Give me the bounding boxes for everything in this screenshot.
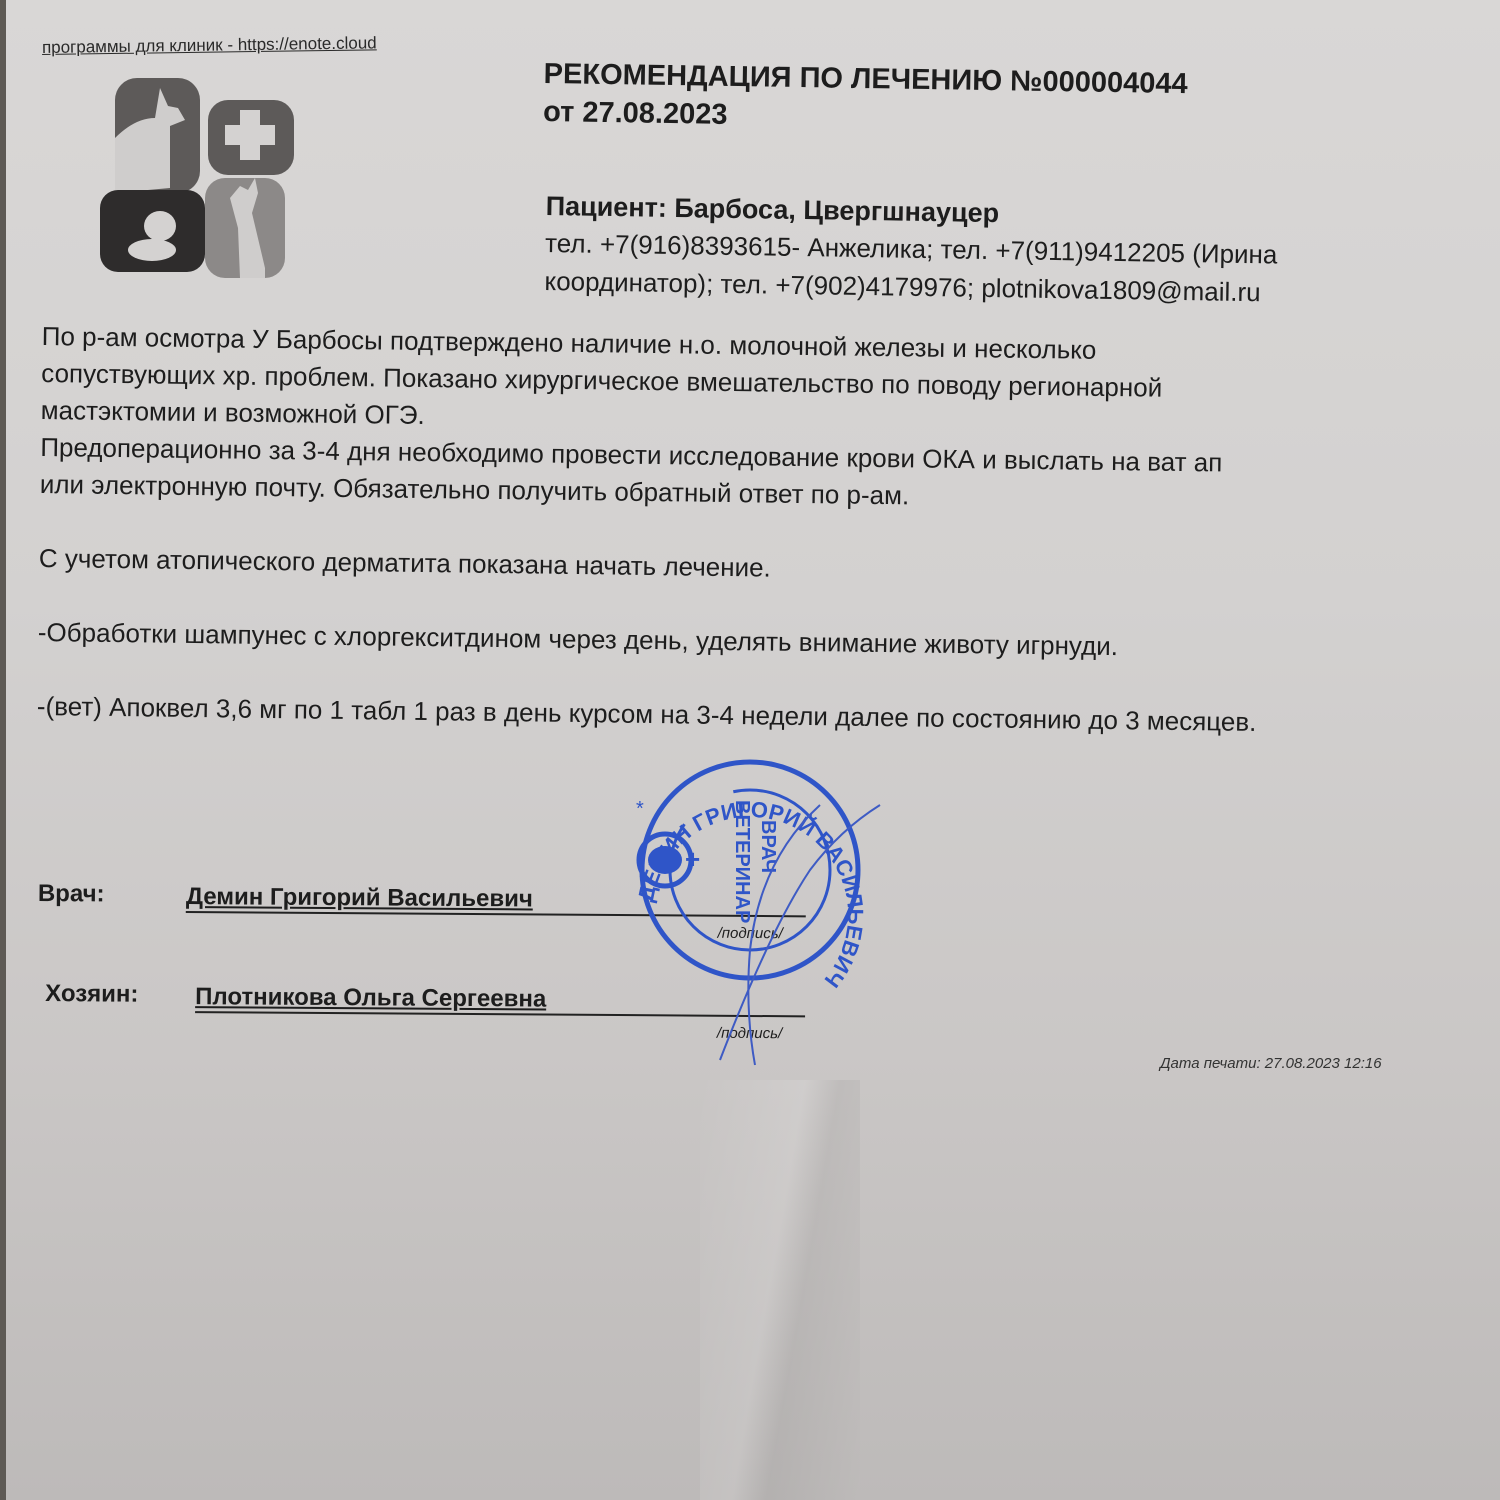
doctor-label: Врач:	[38, 880, 105, 908]
doctor-name: Демин Григорий Васильевич	[186, 883, 533, 913]
print-date: Дата печати: 27.08.2023 12:16	[1160, 1055, 1382, 1072]
svg-text:+: +	[685, 844, 700, 874]
stamp-center-line-1: ВРАЧ	[757, 820, 779, 873]
doctor-stamp: ДЁМИН ГРИГОРИЙ ВАСИЛЬЕВИЧ * + ВРАЧ ВЕТЕР…	[610, 750, 890, 1070]
svg-text:*: *	[636, 798, 644, 820]
patient-info: Пациент: Барбоса, Цвергшнауцер тел. +7(9…	[544, 188, 1278, 311]
stamp-center-line-2: ВЕТЕРИНАР	[731, 800, 753, 923]
recommendation-body: По р-ам осмотра У Барбосы подтверждено н…	[37, 318, 1262, 741]
owner-label: Хозяин:	[45, 980, 138, 1009]
vet-clinic-logo-icon	[100, 78, 295, 283]
owner-name: Плотникова Ольга Сергеевна	[195, 983, 546, 1013]
document-title: РЕКОМЕНДАЦИЯ ПО ЛЕЧЕНИЮ №000004044 от 27…	[543, 55, 1188, 141]
paper-crease	[700, 1080, 860, 1500]
